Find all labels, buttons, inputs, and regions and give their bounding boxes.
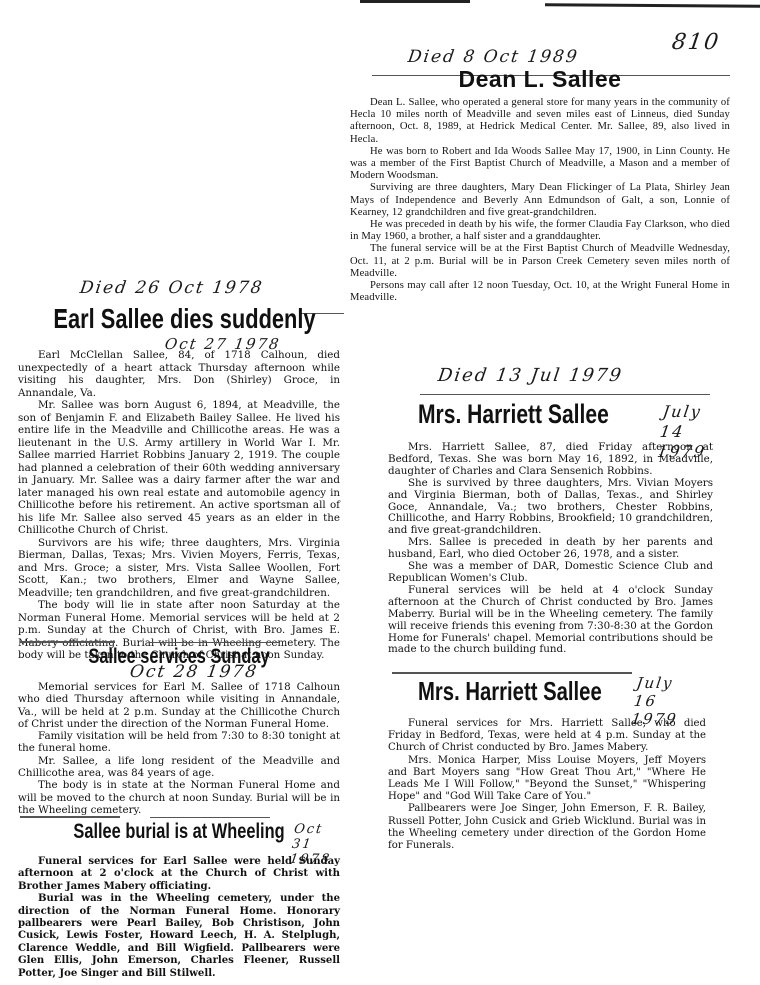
article-headline: Dean L. Sallee: [350, 68, 730, 91]
article-body: Mrs. Harriett Sallee, 87, died Friday af…: [388, 442, 713, 656]
article-paragraph: Mr. Sallee was born August 6, 1894, at M…: [18, 399, 340, 537]
article-body: Funeral services for Mrs. Harriett Salle…: [388, 718, 706, 852]
article-paragraph: Memorial services for Earl M. Sallee of …: [18, 681, 340, 730]
handwritten-date: Oct 28 1978: [129, 662, 260, 682]
article-paragraph: She was a member of DAR, Domestic Scienc…: [388, 561, 713, 585]
article-body: Funeral services for Earl Sallee were he…: [18, 856, 340, 980]
article-paragraph: Mr. Sallee, a life long resident of the …: [18, 755, 340, 780]
page-number-note: 810: [670, 30, 722, 55]
article-paragraph: The body is in state at the Norman Funer…: [18, 779, 340, 816]
handwritten-date: July 16 1979: [630, 674, 698, 728]
article-paragraph: Persons may call after 12 noon Tuesday, …: [350, 280, 730, 304]
scan-edge-line: [360, 0, 470, 3]
article-body: Earl McClellan Sallee, 84, of 1718 Calho…: [18, 349, 340, 662]
article-headline: Earl Sallee dies suddenly: [18, 305, 340, 333]
handwritten-date: Oct 31 1978: [289, 822, 343, 867]
article-body: Dean L. Sallee, who operated a general s…: [350, 97, 730, 304]
article-paragraph: Survivors are his wife; three daughters,…: [18, 537, 340, 600]
article-paragraph: He was born to Robert and Ida Woods Sall…: [350, 146, 730, 183]
article-body: Memorial services for Earl M. Sallee of …: [18, 681, 340, 816]
handwritten-date: Oct 27 1978: [164, 335, 282, 353]
handwritten-death-note: Died 26 Oct 1978: [79, 278, 265, 298]
article-paragraph: Surviving are three daughters, Mary Dean…: [350, 182, 730, 219]
article-paragraph: Mrs. Monica Harper, Miss Louise Moyers, …: [388, 755, 706, 804]
handwritten-date: July 14 1979: [656, 402, 734, 462]
article-paragraph: Dean L. Sallee, who operated a general s…: [350, 97, 730, 146]
article-paragraph: She is survived by three daughters, Mrs.…: [388, 478, 713, 538]
article-paragraph: Family visitation will be held from 7:30…: [18, 730, 340, 755]
article-paragraph: The funeral service will be at the First…: [350, 243, 730, 280]
article-paragraph: He was preceded in death by his wife, th…: [350, 219, 730, 243]
article-paragraph: Burial was in the Wheeling cemetery, und…: [18, 893, 340, 980]
article-paragraph: Earl McClellan Sallee, 84, of 1718 Calho…: [18, 349, 340, 399]
article-paragraph: Mrs. Sallee is preceded in death by her …: [388, 537, 713, 561]
handwritten-death-note: Died 13 Jul 1979: [437, 365, 625, 386]
scan-edge-line: [545, 3, 760, 8]
article-paragraph: Funeral services will be held at 4 o'clo…: [388, 585, 713, 656]
article-paragraph: Pallbearers were Joe Singer, John Emerso…: [388, 803, 706, 852]
article-earl-sallee-dies: Earl Sallee dies suddenly Earl McClellan…: [18, 305, 340, 662]
article-dean-sallee: Dean L. Sallee Dean L. Sallee, who opera…: [350, 62, 730, 304]
